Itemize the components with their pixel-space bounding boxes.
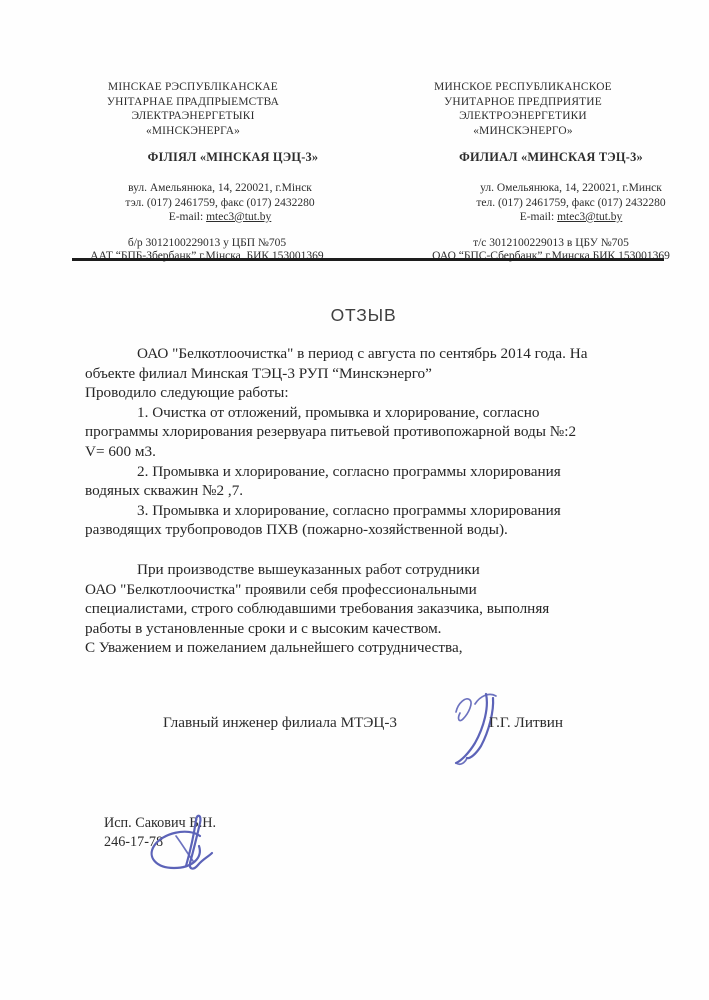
body-line: ОАО "Белкотлоочистка" в период с августа… [85, 344, 709, 364]
org-name-right: МИНСКОЕ РЕСПУБЛИКАНСКОЕ УНИТАРНОЕ ПРЕДПР… [370, 80, 676, 138]
body-line-item-2: 2. Промывка и хлорирование, согласно про… [85, 462, 709, 482]
bank-line: ОАО “БПС-Сбербанк” г.Минска,БИК 15300136… [398, 250, 704, 263]
header-divider-rule [72, 258, 664, 261]
org-line: ЭЛЕКТРОЭНЕРГЕТИКИ [370, 109, 676, 124]
phone-fax-line: тэл. (017) 2461759, факс (017) 2432280 [72, 196, 368, 210]
org-line: «МІНСКЭНЕРГА» [45, 124, 341, 139]
body-line: водяных скважин №2 ,7. [85, 481, 709, 501]
address-line: ул. Омельянюка, 14, 220021, г.Минск [418, 181, 709, 195]
body-line: Проводило следующие работы: [85, 383, 709, 403]
address-block-right: ул. Омельянюка, 14, 220021, г.Минск тел.… [418, 181, 709, 224]
body-line: С Уважением и пожеланием дальнейшего сот… [85, 638, 709, 658]
email-label: E-mail: [520, 211, 557, 223]
org-line: УНІТАРНАЕ ПРАДПРЫЕМСТВА [45, 95, 341, 110]
branch-name-left: ФІЛІЯЛ «МІНСКАЯ ЦЭЦ-3» [85, 150, 381, 165]
email-link[interactable]: mtec3@tut.by [557, 211, 622, 223]
header-right-column: МИНСКОЕ РЕСПУБЛИКАНСКОЕ УНИТАРНОЕ ПРЕДПР… [398, 80, 704, 263]
email-line: E-mail: mtec3@tut.by [72, 210, 368, 224]
body-line: разводящих трубопроводов ПХВ (пожарно-хо… [85, 520, 709, 540]
signer-name: Г.Г. Литвин [489, 714, 563, 732]
body-paragraph-2: При производстве вышеуказанных работ сот… [85, 560, 709, 658]
org-line: МИНСКОЕ РЕСПУБЛИКАНСКОЕ [370, 80, 676, 95]
body-line: V= 600 м3. [85, 442, 709, 462]
body-line: ОАО "Белкотлоочистка" проявили себя проф… [85, 580, 709, 600]
body-line: специалистами, строго соблюдавшими требо… [85, 599, 709, 619]
body-line: работы в установленные сроки и с высоким… [85, 619, 709, 639]
email-link[interactable]: mtec3@tut.by [206, 211, 271, 223]
org-line: ЭЛЕКТРАЭНЕРГЕТЫКІ [45, 109, 341, 124]
account-line: т/с 3012100229013 в ЦБУ №705 [398, 237, 704, 250]
email-line: E-mail: mtec3@tut.by [418, 210, 709, 224]
address-line: вул. Амельянюка, 14, 220021, г.Мінск [72, 181, 368, 195]
body-line-item-1: 1. Очистка от отложений, промывка и хлор… [85, 403, 709, 423]
bank-line: ААТ “БПБ-Збербанк” г.Мінска, БИК 1530013… [59, 250, 355, 263]
scanned-letter-page: МІНСКАЕ РЭСПУБЛІКАНСКАЕ УНІТАРНАЕ ПРАДПР… [0, 0, 709, 1000]
body-line: программы хлорирования резервуара питьев… [85, 422, 709, 442]
org-line: МІНСКАЕ РЭСПУБЛІКАНСКАЕ [45, 80, 341, 95]
account-line: б/р 3012100229013 у ЦБП №705 [59, 237, 355, 250]
body-line: При производстве вышеуказанных работ сот… [85, 560, 709, 580]
body-line-item-3: 3. Промывка и хлорирование, согласно про… [85, 501, 709, 521]
document-title: ОТЗЫВ [9, 305, 709, 326]
phone-fax-line: тел. (017) 2461759, факс (017) 2432280 [418, 196, 709, 210]
header-left-column: МІНСКАЕ РЭСПУБЛІКАНСКАЕ УНІТАРНАЕ ПРАДПР… [85, 80, 381, 263]
org-line: УНИТАРНОЕ ПРЕДПРИЯТИЕ [370, 95, 676, 110]
handwritten-signature-footer [142, 808, 224, 883]
email-label: E-mail: [169, 211, 206, 223]
org-name-left: МІНСКАЕ РЭСПУБЛІКАНСКАЕ УНІТАРНАЕ ПРАДПР… [45, 80, 341, 138]
branch-name-right: ФИЛИАЛ «МИНСКАЯ ТЭЦ-3» [398, 150, 704, 165]
signer-role: Главный инженер филиала МТЭЦ-3 [163, 714, 397, 732]
body-line: объекте филиал Минская ТЭЦ-3 РУП “Минскэ… [85, 364, 709, 384]
org-line: «МИНСКЭНЕРГО» [370, 124, 676, 139]
address-block-left: вул. Амельянюка, 14, 220021, г.Мінск тэл… [72, 181, 368, 224]
body-paragraph-1: ОАО "Белкотлоочистка" в период с августа… [85, 344, 709, 540]
